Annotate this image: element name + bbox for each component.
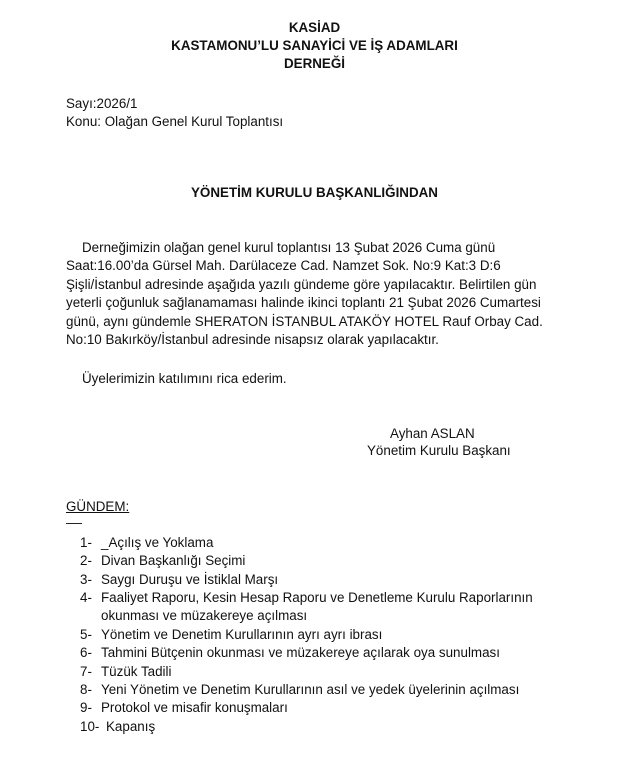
- body-line: günü, aynı gündemle SHERATON İSTANBUL AT…: [66, 314, 543, 329]
- agenda-item: 3- Saygı Duruşu ve İstiklal Marşı: [0, 572, 629, 590]
- agenda-item: 4- Faaliyet Raporu, Kesin Hesap Raporu v…: [0, 590, 629, 626]
- signatory-name: Ayhan ASLAN: [390, 426, 475, 441]
- agenda-item: 1- _Açılış ve Yoklama: [0, 535, 629, 553]
- body-line: Derneğimizin olağan genel kurul toplantı…: [82, 240, 495, 255]
- signatory-title: Yönetim Kurulu Başkanı: [367, 443, 511, 458]
- underline-mark: [66, 523, 82, 524]
- agenda-item: 5- Yönetim ve Denetim Kurullarının ayrı …: [0, 627, 629, 645]
- document-number: Sayı:2026/1: [66, 96, 137, 111]
- section-heading: YÖNETİM KURULU BAŞKANLIĞINDAN: [0, 185, 629, 200]
- body-line: Şişli/İstanbul adresinde aşağıda yazılı …: [66, 277, 536, 292]
- closing-line: Üyelerimizin katılımını rica ederim.: [82, 371, 287, 386]
- agenda-item: 8- Yeni Yönetim ve Denetim Kurullarının …: [0, 682, 629, 700]
- body-line: yeterli çoğunluk sağlanamaması halinde i…: [66, 295, 541, 310]
- document-subject: Konu: Olağan Genel Kurul Toplantısı: [66, 114, 283, 129]
- agenda-item: 9- Protokol ve misafir konuşmaları: [0, 700, 629, 718]
- agenda-item: 2- Divan Başkanlığı Seçimi: [0, 553, 629, 571]
- agenda-item: 10- Kapanış: [0, 719, 629, 737]
- body-line: Saat:16.00’da Gürsel Mah. Darülaceze Cad…: [66, 258, 501, 273]
- agenda-item: 7- Tüzük Tadili: [0, 664, 629, 682]
- body-line: No:10 Bakırköy/İstanbul adresinde nisaps…: [66, 332, 439, 347]
- org-acronym: KASİAD: [0, 20, 629, 35]
- agenda-item: 6- Tahmini Bütçenin okunması ve müzakere…: [0, 645, 629, 663]
- agenda-title: GÜNDEM:: [66, 499, 129, 514]
- org-type: DERNEĞİ: [0, 56, 629, 71]
- org-name: KASTAMONU’LU SANAYİCİ VE İŞ ADAMLARI: [0, 38, 629, 53]
